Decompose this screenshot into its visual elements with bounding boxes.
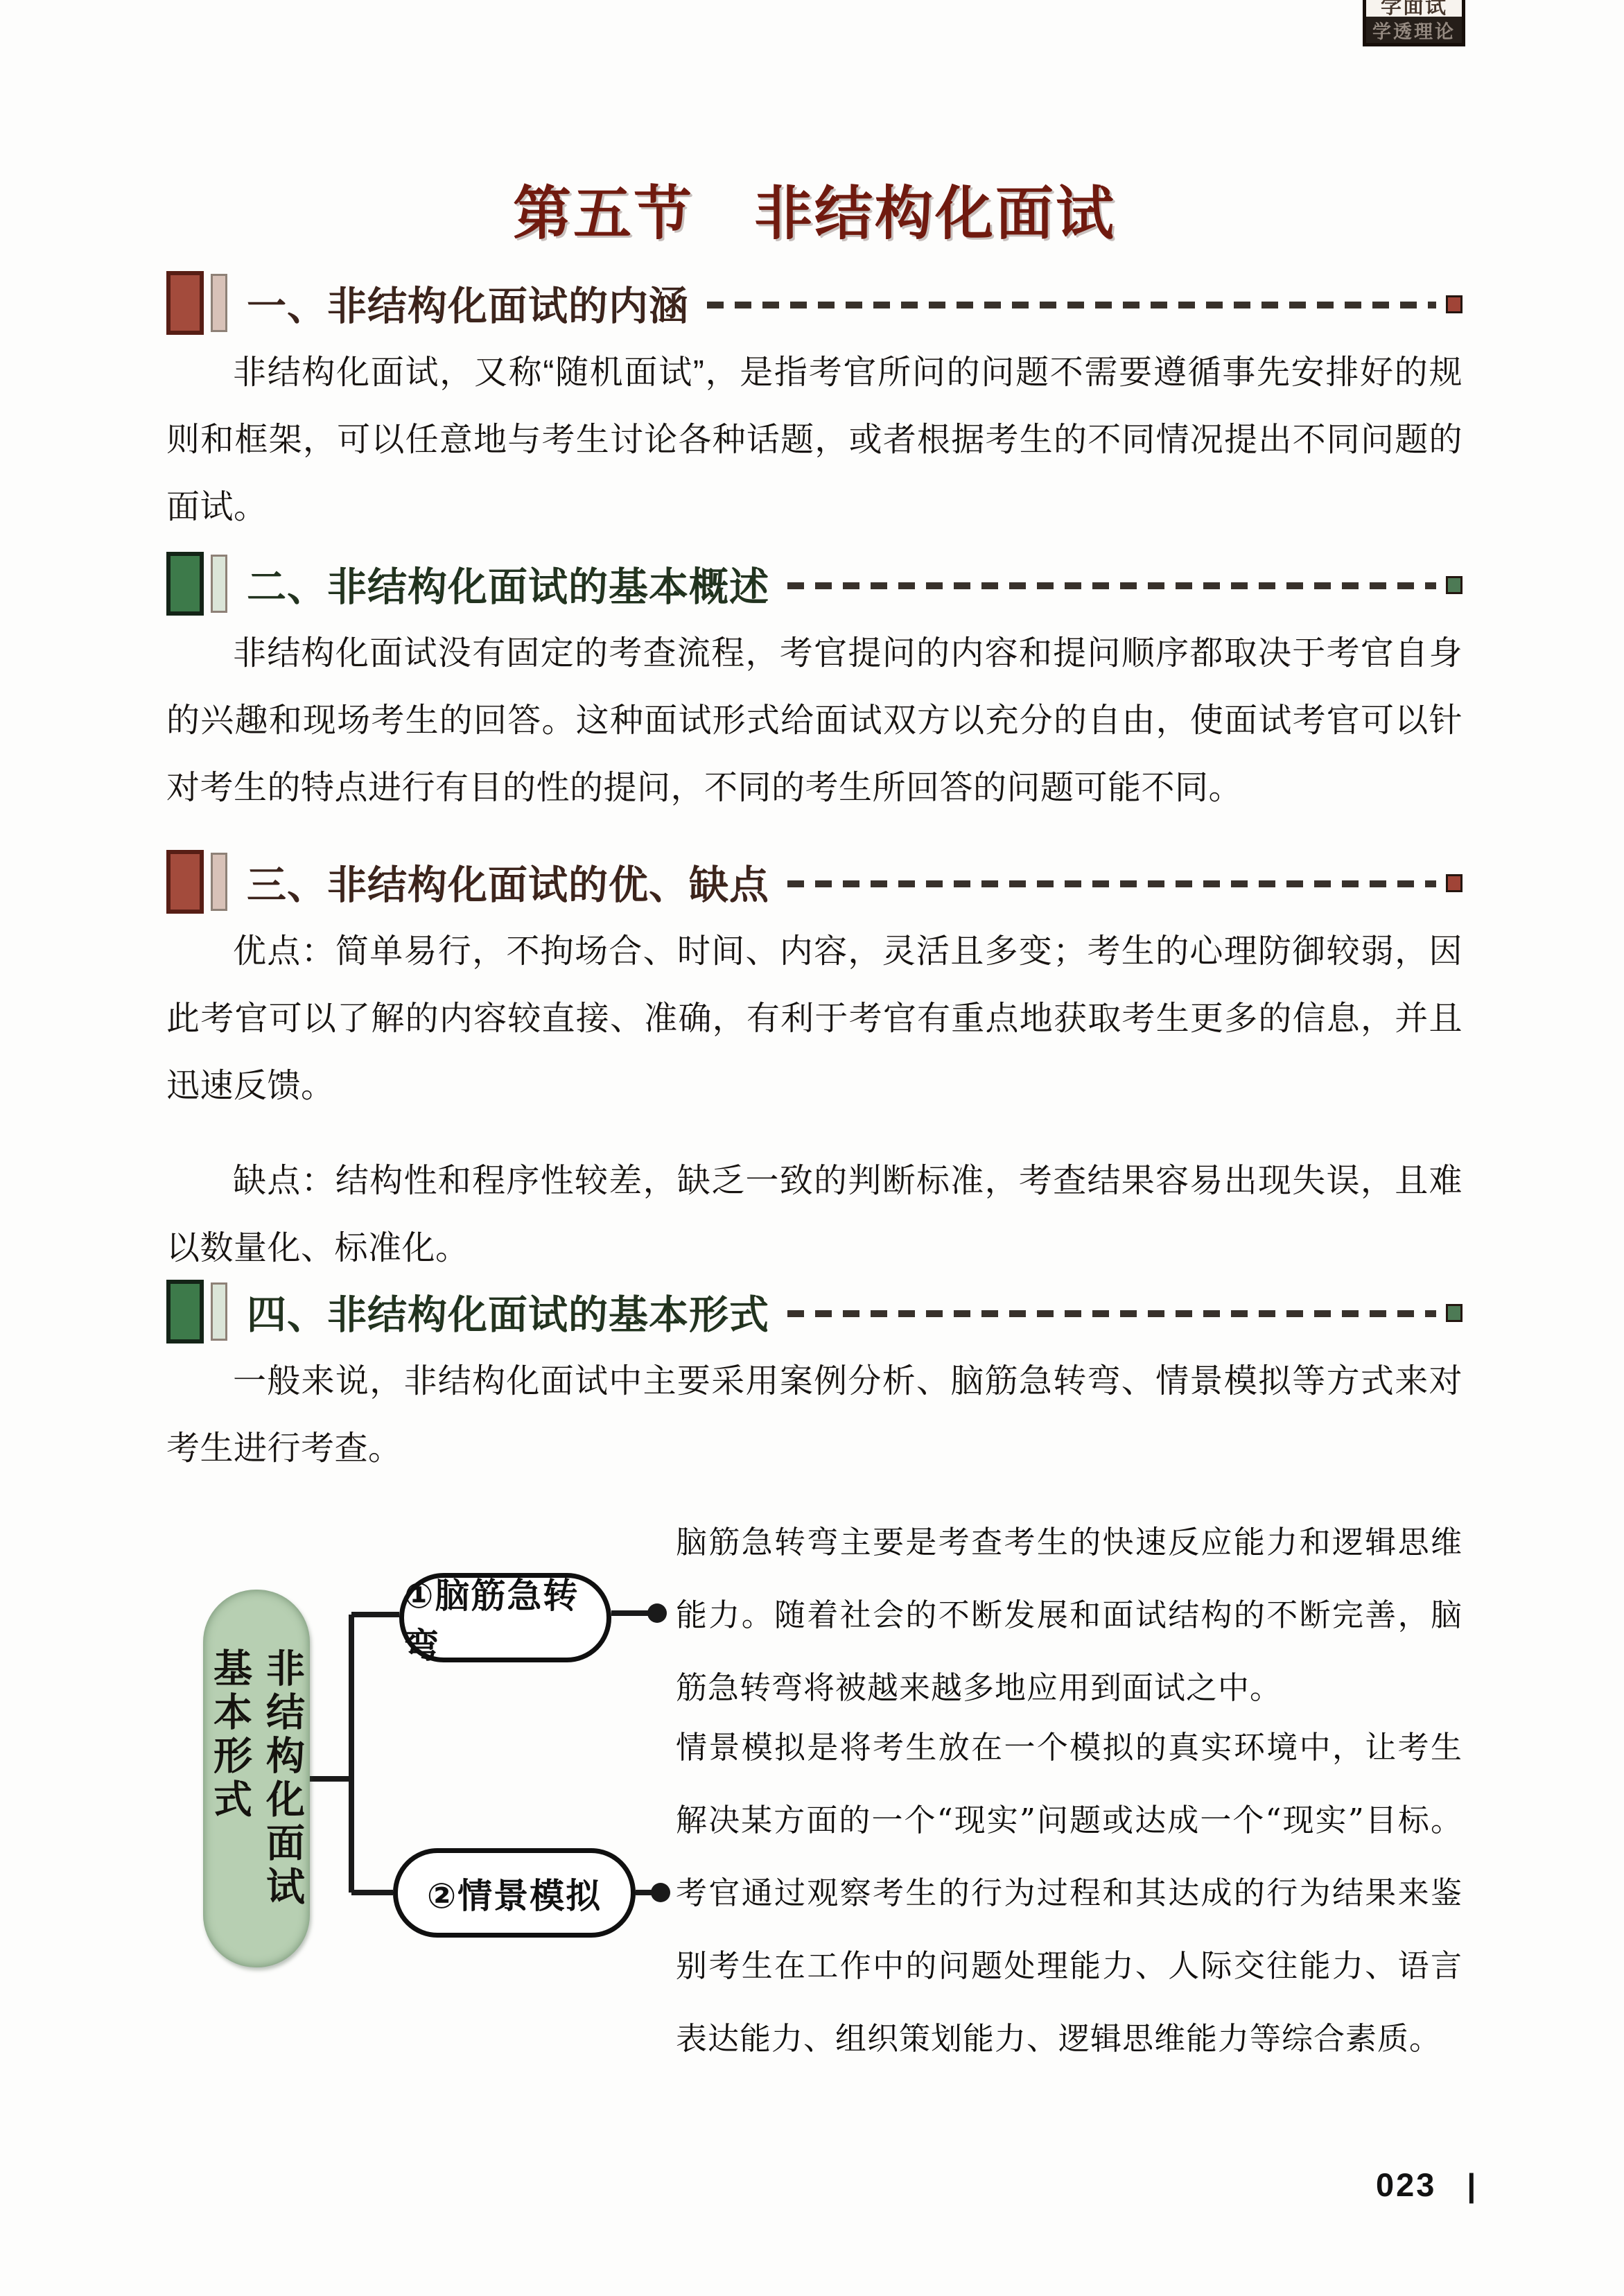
paragraph-advantages: 优点：简单易行，不拘场合、时间、内容，灵活且多变；考生的心理防御较弱，因此考官可…: [166, 918, 1463, 1120]
section-1-heading: 一、非结构化面试的内涵: [247, 275, 689, 331]
description-text: 脑筋急转弯主要是考查考生的快速反应能力和逻辑思维能力。随着社会的不断发展和面试结…: [676, 1506, 1463, 1724]
marker-dark-rect: [166, 271, 204, 335]
section-2-body: 非结构化面试没有固定的考查流程，考官提问的内容和提问顺序都取决于考官自身的兴趣和…: [166, 620, 1463, 821]
section-marker-icon: [166, 850, 227, 914]
mindmap-node-simulation: ②情景模拟: [393, 1848, 636, 1938]
marker-light-rect: [211, 1282, 227, 1341]
section-2: 二、非结构化面试的基本概述 非结构化面试没有固定的考查流程，考官提问的内容和提问…: [166, 548, 1463, 821]
section-1: 一、非结构化面试的内涵 非结构化面试，又称“随机面试”，是指考官所问的问题不需要…: [166, 267, 1463, 541]
section-3-body: 优点：简单易行，不拘场合、时间、内容，灵活且多变；考生的心理防御较弱，因此考官可…: [166, 918, 1463, 1282]
leader-end-square: [1446, 1304, 1463, 1322]
textbook-page: 学面试 学透理论 第五节 非结构化面试 一、非结构化面试的内涵 非结构化面试，又…: [0, 0, 1624, 2296]
mindmap-node-brainteaser: ①脑筋急转弯: [399, 1573, 611, 1662]
section-marker-icon: [166, 1280, 227, 1343]
marker-dark-rect: [166, 1280, 204, 1343]
dashed-leader: [787, 880, 1436, 887]
section-3-heading-row: 三、非结构化面试的优、缺点: [166, 846, 1463, 918]
section-4-body: 一般来说，非结构化面试中主要采用案例分析、脑筋急转弯、情景模拟等方式来对考生进行…: [166, 1348, 1463, 1482]
section-1-heading-row: 一、非结构化面试的内涵: [166, 267, 1463, 339]
marker-light-rect: [211, 555, 227, 613]
section-2-heading-row: 二、非结构化面试的基本概述: [166, 548, 1463, 620]
page-number-separator: |: [1467, 2166, 1476, 2204]
paragraph-disadvantages: 缺点：结构性和程序性较差，缺乏一致的判断标准，考查结果容易出现失误，且难以数量化…: [166, 1147, 1463, 1282]
branch-dot-1: [647, 1603, 667, 1623]
leader-end-square: [1446, 295, 1463, 313]
simulation-description: 情景模拟是将考生放在一个模拟的真实环境中，让考生解决某方面的一个“现实”问题或达…: [676, 1711, 1463, 2075]
description-text: 情景模拟是将考生放在一个模拟的真实环境中，让考生解决某方面的一个“现实”问题或达…: [676, 1711, 1463, 2075]
section-marker-icon: [166, 271, 227, 335]
badge-bottom-label: 学透理论: [1366, 17, 1462, 43]
corner-badge: 学面试 学透理论: [1363, 0, 1465, 46]
mindmap-diagram: 非结构化面试 基本形式 ①脑筋急转弯 ②情景模拟 脑筋急转弯主要是考查考生的快速…: [180, 1497, 1463, 2094]
dashed-leader: [787, 1310, 1436, 1317]
chapter-title: 第五节 非结构化面试: [166, 175, 1463, 252]
mindmap-root-label: 非结构化面试 基本形式: [204, 1648, 309, 1910]
paragraph: 非结构化面试没有固定的考查流程，考官提问的内容和提问顺序都取决于考官自身的兴趣和…: [166, 620, 1463, 821]
page-number-row: 023 |: [1376, 2166, 1476, 2204]
leader-end-square: [1446, 576, 1463, 594]
leader-end-square: [1446, 874, 1463, 892]
badge-top-label: 学面试: [1366, 0, 1462, 17]
marker-light-rect: [211, 853, 227, 911]
marker-dark-rect: [166, 850, 204, 914]
branch-dot-2: [651, 1883, 670, 1902]
section-marker-icon: [166, 552, 227, 616]
section-2-heading: 二、非结构化面试的基本概述: [247, 555, 769, 612]
mindmap-root-node: 非结构化面试 基本形式: [203, 1590, 310, 1967]
badge-top-row: 学面试: [1366, 0, 1462, 17]
paragraph: 非结构化面试，又称“随机面试”，是指考官所问的问题不需要遵循事先安排好的规则和框…: [166, 339, 1463, 541]
paragraph: 一般来说，非结构化面试中主要采用案例分析、脑筋急转弯、情景模拟等方式来对考生进行…: [166, 1348, 1463, 1482]
section-3: 三、非结构化面试的优、缺点 优点：简单易行，不拘场合、时间、内容，灵活且多变；考…: [166, 846, 1463, 1282]
page-number: 023: [1376, 2166, 1436, 2204]
dashed-leader: [707, 302, 1436, 308]
marker-light-rect: [211, 274, 227, 332]
section-1-body: 非结构化面试，又称“随机面试”，是指考官所问的问题不需要遵循事先安排好的规则和框…: [166, 339, 1463, 541]
dashed-leader: [787, 582, 1436, 589]
section-4-heading-row: 四、非结构化面试的基本形式: [166, 1276, 1463, 1348]
section-4-heading: 四、非结构化面试的基本形式: [247, 1283, 769, 1340]
section-4: 四、非结构化面试的基本形式 一般来说，非结构化面试中主要采用案例分析、脑筋急转弯…: [166, 1276, 1463, 1482]
marker-dark-rect: [166, 552, 204, 616]
section-3-heading: 三、非结构化面试的优、缺点: [247, 853, 769, 910]
brainteaser-description: 脑筋急转弯主要是考查考生的快速反应能力和逻辑思维能力。随着社会的不断发展和面试结…: [676, 1506, 1463, 1724]
